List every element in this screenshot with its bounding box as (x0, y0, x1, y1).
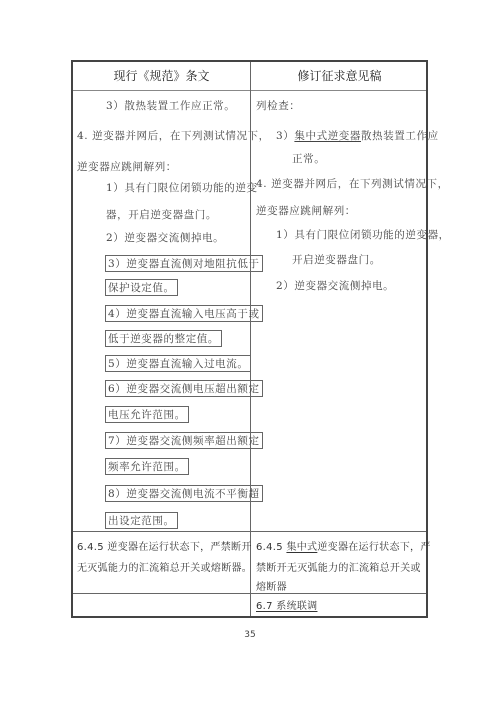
page-number: 35 (0, 630, 500, 640)
right-section-67-heading: 6.7 系统联调 (256, 597, 317, 612)
right-clause-645-line3: 熔断器 (256, 578, 287, 593)
left-clause-645-line1: 6.4.5 逆变器在运行状态下，严禁断开 (77, 538, 252, 553)
right-item3-rest: 散热装置工作应 (361, 130, 439, 142)
left-sub8-line2: 出设定范围。 (105, 512, 178, 529)
right-sub2: 2）逆变器交流侧掉电。 (276, 278, 394, 293)
left-sub3-line1: 3）逆变器直流侧对地阻抗低于 (105, 255, 263, 272)
right-clause-inserted-text: 集中式 (286, 542, 317, 553)
header-current-code: 现行《规范》条文 (73, 62, 250, 90)
right-item4-line2: 逆变器应跳闸解列： (256, 203, 356, 218)
left-sub4-line2: 低于逆变器的整定值。 (105, 330, 222, 347)
row-divider-1 (73, 531, 426, 532)
left-sub6-line1: 6）逆变器交流侧电压超出额定 (105, 380, 263, 397)
right-clause-645-line1: 6.4.5 集中式逆变器在运行状态下，严 (256, 538, 431, 553)
left-sub3-line2: 保护设定值。 (105, 279, 178, 296)
document-page: 现行《规范》条文 修订征求意见稿 3）散热装置工作应正常。 4. 逆变器并网后，… (0, 0, 500, 707)
left-sub1-line1: 1）具有门限位闭锁功能的逆变 (106, 180, 258, 195)
right-item3-prefix: 3） (276, 130, 294, 142)
left-sub6-line2: 电压允许范围。 (105, 406, 189, 423)
header-revision-draft: 修订征求意见稿 (251, 62, 428, 90)
left-clause-645-line2: 无灭弧能力的汇流箱总开关或熔断器。 (77, 559, 252, 574)
right-continuation: 列检查： (256, 98, 300, 113)
right-clause-prefix: 6.4.5 (256, 542, 286, 553)
left-sub2: 2）逆变器交流侧掉电。 (106, 230, 224, 245)
right-item3-inserted-text: 集中式逆变器 (294, 130, 361, 142)
column-divider (250, 62, 251, 616)
right-item4-line1: 4. 逆变器并网后，在下列测试情况下， (256, 176, 449, 191)
left-item3-heat: 3）散热装置工作应正常。 (106, 98, 235, 113)
left-item4-line1: 4. 逆变器并网后，在下列测试情况下， (77, 128, 270, 143)
left-sub4-line1: 4）逆变器直流输入电压高于或 (105, 305, 263, 322)
right-clause-rest: 逆变器在运行状态下，严 (317, 542, 430, 553)
right-clause-645-line2: 禁断开无灭弧能力的汇流箱总开关或 (256, 559, 421, 574)
left-sub7-line2: 频率允许范围。 (105, 458, 189, 475)
left-sub8-line1: 8）逆变器交流侧电流不平衡超 (105, 485, 263, 502)
comparison-table: 现行《规范》条文 修订征求意见稿 3）散热装置工作应正常。 4. 逆变器并网后，… (71, 60, 428, 618)
left-sub1-line2: 器，开启逆变器盘门。 (106, 207, 217, 222)
left-item4-line2: 逆变器应跳闸解列： (77, 159, 177, 174)
left-sub7-line1: 7）逆变器交流侧频率超出额定 (105, 432, 263, 449)
right-item3-line1: 3）集中式逆变器散热装置工作应 (276, 128, 439, 143)
right-item3-line2: 正常。 (292, 151, 325, 166)
row-divider-2 (73, 593, 426, 594)
right-sub1-line1: 1）具有门限位闭锁功能的逆变器， (276, 227, 450, 242)
right-sub1-line2: 开启逆变器盘门。 (292, 252, 381, 267)
left-sub5: 5）逆变器直流输入过电流。 (105, 355, 251, 372)
